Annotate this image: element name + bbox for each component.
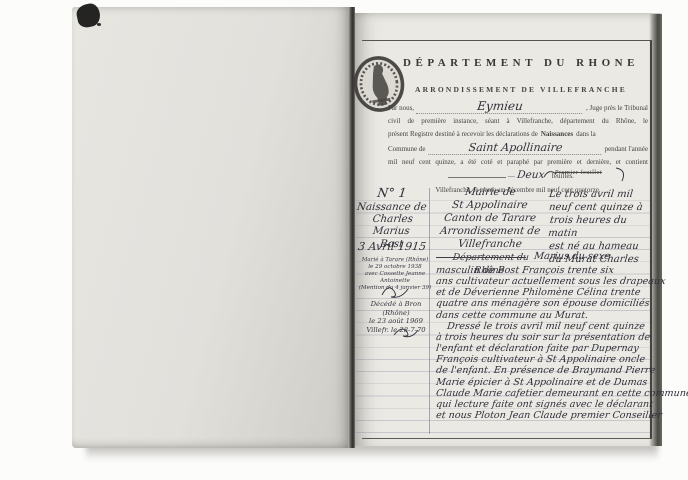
naissances-label: Naissances — [541, 128, 573, 141]
act-opening-line: trois heures du matin — [547, 214, 650, 240]
act-body-line: Dressé le trois avril mil neuf cent quin… — [435, 321, 645, 332]
death-paraph-signature-icon — [392, 327, 420, 338]
judge-title-label: , Juge près le Tribunal — [586, 102, 648, 115]
death-note-line: le 23 août 1969 — [358, 317, 434, 326]
mairie-line: Canton de Tarare — [443, 212, 537, 225]
dash-mark: — — [508, 172, 515, 180]
act-body-line: dans cette commune au Murat. — [435, 310, 588, 321]
act-body-line: Claude Marie cafetier demeurant en cette… — [435, 388, 688, 399]
preamble-line-1: Par nous, Eymieu , Juge près le Tribunal — [388, 100, 648, 115]
act-body-line: masculin de Bost François trente six — [435, 265, 614, 276]
flourish-left-icon — [543, 168, 557, 180]
preamble-line-2: civil de première instance, séant à Vill… — [388, 115, 648, 128]
preamble-line-3: présent Registre destiné à recevoir les … — [388, 128, 648, 141]
sheet-count-handwritten: Deux — [516, 169, 545, 182]
act-body-line: qui lecture faite ont signés avec le déc… — [435, 399, 653, 410]
margin-title-line: Charles Marius — [351, 213, 432, 238]
mairie-heading-block: Mairie de St Appolinaire Canton de Tarar… — [436, 186, 544, 278]
mairie-line: Mairie de — [464, 186, 516, 199]
act-body-line: Marie épicier à St Appolinaire et de Dum… — [435, 377, 648, 388]
act-number: N° 1 — [355, 185, 429, 200]
arrondissement-subtitle: ARRONDISSEMENT DE VILLEFRANCHE — [402, 85, 640, 94]
act-body-line: ans cultivateur actuellement sous les dr… — [435, 276, 666, 287]
handwritten-dash-rule — [436, 257, 526, 258]
commune-label: Commune de — [388, 143, 426, 156]
act-body-line: de l'enfant. En présence de Braymand Pie… — [435, 365, 656, 376]
pendant-annee-label: pendant l'année — [605, 143, 648, 156]
dans-la-label: dans la — [576, 128, 596, 141]
act-body-line: François cultivateur à St Appolinaire on… — [435, 354, 645, 365]
preamble-block: Par nous, Eymieu , Juge près le Tribunal… — [388, 100, 648, 197]
act-body-line: quatre ans ménagère son épouse domicilié… — [435, 298, 650, 309]
ink-speck — [97, 23, 101, 26]
par-nous-label: Par nous, — [388, 102, 414, 115]
department-title: DÉPARTEMENT DU RHONE — [402, 57, 640, 69]
act-body-line: à trois heures du soir sur la présentati… — [435, 332, 651, 343]
marriage-note-line: le 29 octobre 1938 — [356, 264, 434, 271]
act-body-line: et de Déverienne Philomène Célina trente — [435, 287, 641, 298]
preamble-line-5: mil neuf cent quinze, a été coté et para… — [388, 156, 648, 169]
act-opening-line: neuf cent quinze à — [548, 201, 643, 214]
mairie-line: Arrondissement de — [439, 225, 541, 238]
mairie-line: Villefranche — [457, 238, 522, 251]
preamble-line-6: — Deux feuilles. — [388, 169, 648, 183]
margin-birth-date: 3 Avril 1915 — [354, 240, 430, 253]
mairie-line: St Appolinaire — [451, 199, 528, 212]
act-body-line: et nous Ploton Jean Claude premier Conse… — [435, 410, 662, 421]
act-body-line: Marius du sexe — [533, 251, 610, 262]
flourish-right-icon — [614, 166, 628, 182]
struck-note: Premier feuillet — [555, 169, 602, 176]
left-blank-page — [72, 7, 348, 448]
preamble-line-4: Commune de Saint Apollinaire pendant l'a… — [388, 141, 648, 156]
marriage-note-line: Marié à Tarare (Rhône) — [356, 257, 434, 264]
blank-rule — [448, 169, 506, 178]
margin-title-line: Naissance de — [356, 201, 427, 213]
act-opening-line: Le trois avril mil — [548, 188, 634, 201]
act-body-text: masculin de Bost François trente six ans… — [436, 265, 648, 421]
marriage-note-line: avec Cossette Jeanne Antoinette — [356, 271, 434, 285]
marriage-paraph-signature-icon — [380, 285, 410, 298]
judge-signature: Eymieu — [416, 100, 584, 114]
act-body-line: l'enfant et déclaration faite par Dupern… — [435, 343, 639, 354]
commune-handwritten-value: Saint Apollinaire — [428, 141, 603, 155]
declarations-label: présent Registre destiné à recevoir les … — [388, 128, 538, 141]
act-continuation-line: Marius du sexe — [436, 251, 648, 262]
death-note-line: Décédé à Bron (Rhône) — [358, 300, 434, 317]
